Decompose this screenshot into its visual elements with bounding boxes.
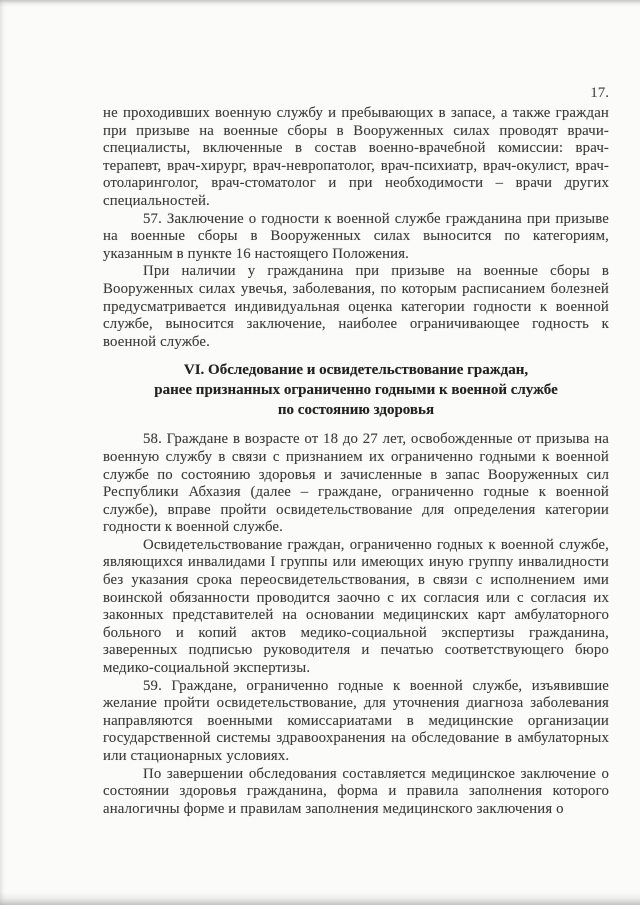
section-heading: VI. Обследование и освидетельствование г… [103, 360, 609, 420]
section-heading-line-2: ранее признанных ограниченно годными к в… [103, 380, 609, 400]
scan-artifact-top-edge [0, 0, 640, 7]
paragraph-59: 59. Граждане, ограниченно годные к военн… [103, 678, 609, 766]
document-page: 17. не проходивших военную службу и преб… [0, 0, 640, 905]
scan-artifact-bottom-edge [0, 892, 640, 905]
paragraph-continuation: не проходивших военную службу и пребываю… [103, 105, 609, 211]
paragraph-58: 58. Граждане в возрасте от 18 до 27 лет,… [103, 431, 609, 537]
page-number: 17. [103, 84, 609, 102]
section-heading-line-1: VI. Обследование и освидетельствование г… [103, 360, 609, 380]
page-content: 17. не проходивших военную службу и преб… [103, 84, 609, 818]
paragraph-58-note: Освидетельствование граждан, ограниченно… [103, 537, 609, 678]
paragraph-57: 57. Заключение о годности к военной служ… [103, 211, 609, 264]
paragraph-59-note: По завершении обследования составляется … [103, 766, 609, 819]
scan-artifact-left-edge [0, 0, 6, 905]
paragraph-57-note: При наличии у гражданина при призыве на … [103, 263, 609, 351]
section-heading-line-3: по состоянию здоровья [103, 400, 609, 420]
